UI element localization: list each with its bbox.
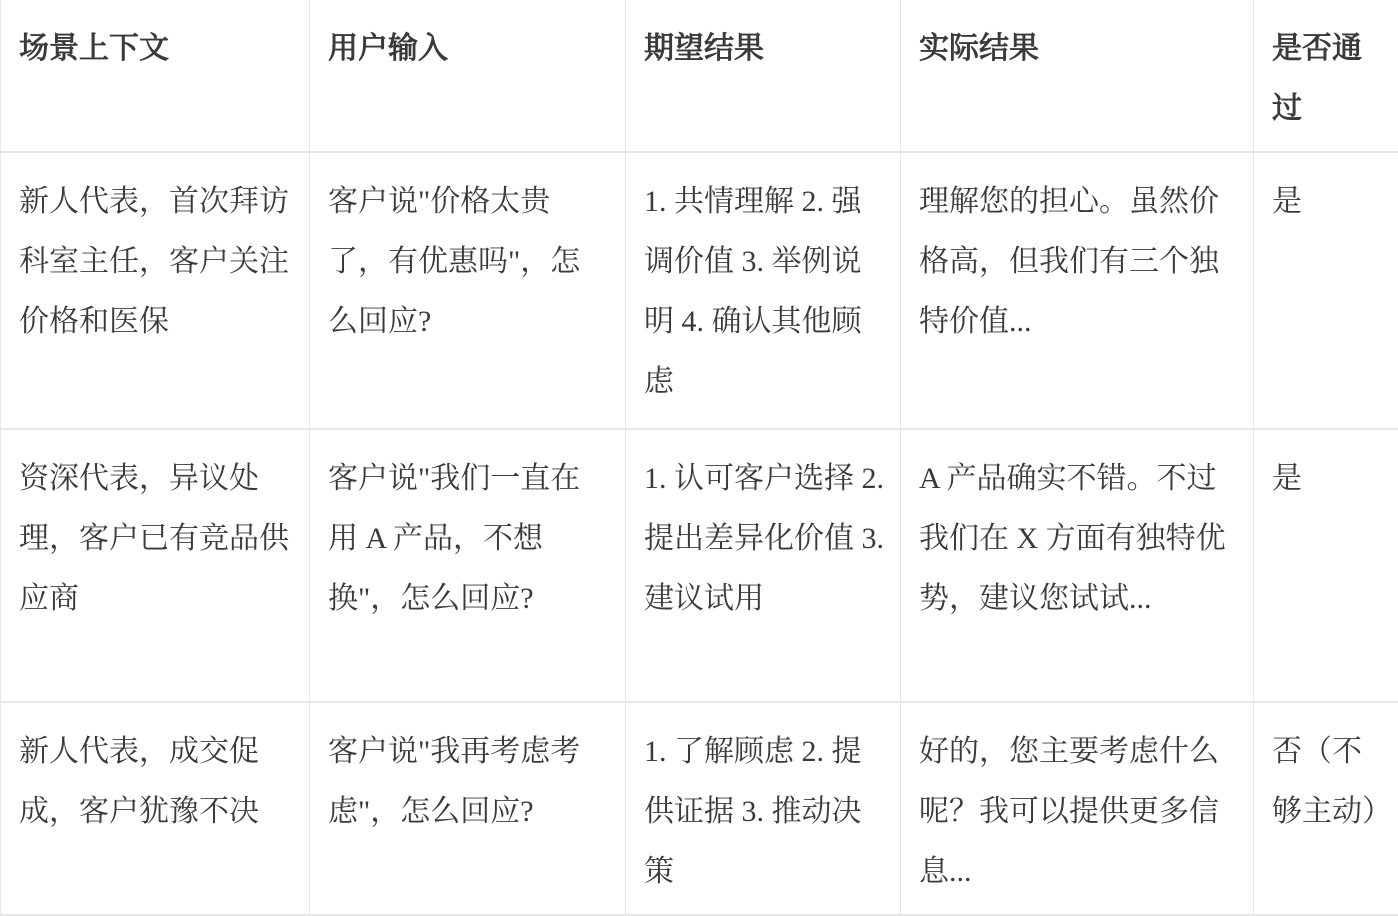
cell-passed: 否（不够主动） (1254, 702, 1398, 915)
table-row: 新人代表，首次拜访科室主任，客户关注价格和医保 客户说"价格太贵了，有优惠吗"，… (1, 152, 1398, 429)
table-header: 场景上下文 用户输入 期望结果 实际结果 是否通过 (1, 0, 1398, 152)
col-header-scenario-context: 场景上下文 (1, 0, 310, 152)
col-header-passed: 是否通过 (1254, 0, 1398, 152)
cell-expected-result: 1. 共情理解 2. 强调价值 3. 举例说明 4. 确认其他顾虑 (626, 152, 901, 429)
cell-scenario-context: 新人代表，首次拜访科室主任，客户关注价格和医保 (1, 152, 310, 429)
cell-actual-result: 好的，您主要考虑什么呢？我可以提供更多信息... (901, 702, 1254, 915)
cell-user-input: 客户说"我们一直在用 A 产品，不想换"，怎么回应? (310, 429, 626, 702)
cell-passed: 是 (1254, 429, 1398, 702)
cell-actual-result: 理解您的担心。虽然价格高，但我们有三个独特价值... (901, 152, 1254, 429)
test-case-table: 场景上下文 用户输入 期望结果 实际结果 是否通过 新人代表，首次拜访科室主任，… (0, 0, 1398, 916)
col-header-actual-result: 实际结果 (901, 0, 1254, 152)
cell-expected-result: 1. 认可客户选择 2. 提出差异化价值 3. 建议试用 (626, 429, 901, 702)
table-body: 新人代表，首次拜访科室主任，客户关注价格和医保 客户说"价格太贵了，有优惠吗"，… (1, 152, 1398, 915)
cell-expected-result: 1. 了解顾虑 2. 提供证据 3. 推动决策 (626, 702, 901, 915)
table-row: 资深代表，异议处理，客户已有竞品供应商 客户说"我们一直在用 A 产品，不想换"… (1, 429, 1398, 702)
table-row: 新人代表，成交促成，客户犹豫不决 客户说"我再考虑考虑"，怎么回应? 1. 了解… (1, 702, 1398, 915)
cell-user-input: 客户说"我再考虑考虑"，怎么回应? (310, 702, 626, 915)
col-header-expected-result: 期望结果 (626, 0, 901, 152)
col-header-user-input: 用户输入 (310, 0, 626, 152)
cell-passed: 是 (1254, 152, 1398, 429)
cell-scenario-context: 新人代表，成交促成，客户犹豫不决 (1, 702, 310, 915)
cell-user-input: 客户说"价格太贵了，有优惠吗"，怎么回应? (310, 152, 626, 429)
cell-actual-result: A 产品确实不错。不过我们在 X 方面有独特优势，建议您试试... (901, 429, 1254, 702)
cell-scenario-context: 资深代表，异议处理，客户已有竞品供应商 (1, 429, 310, 702)
header-row: 场景上下文 用户输入 期望结果 实际结果 是否通过 (1, 0, 1398, 152)
